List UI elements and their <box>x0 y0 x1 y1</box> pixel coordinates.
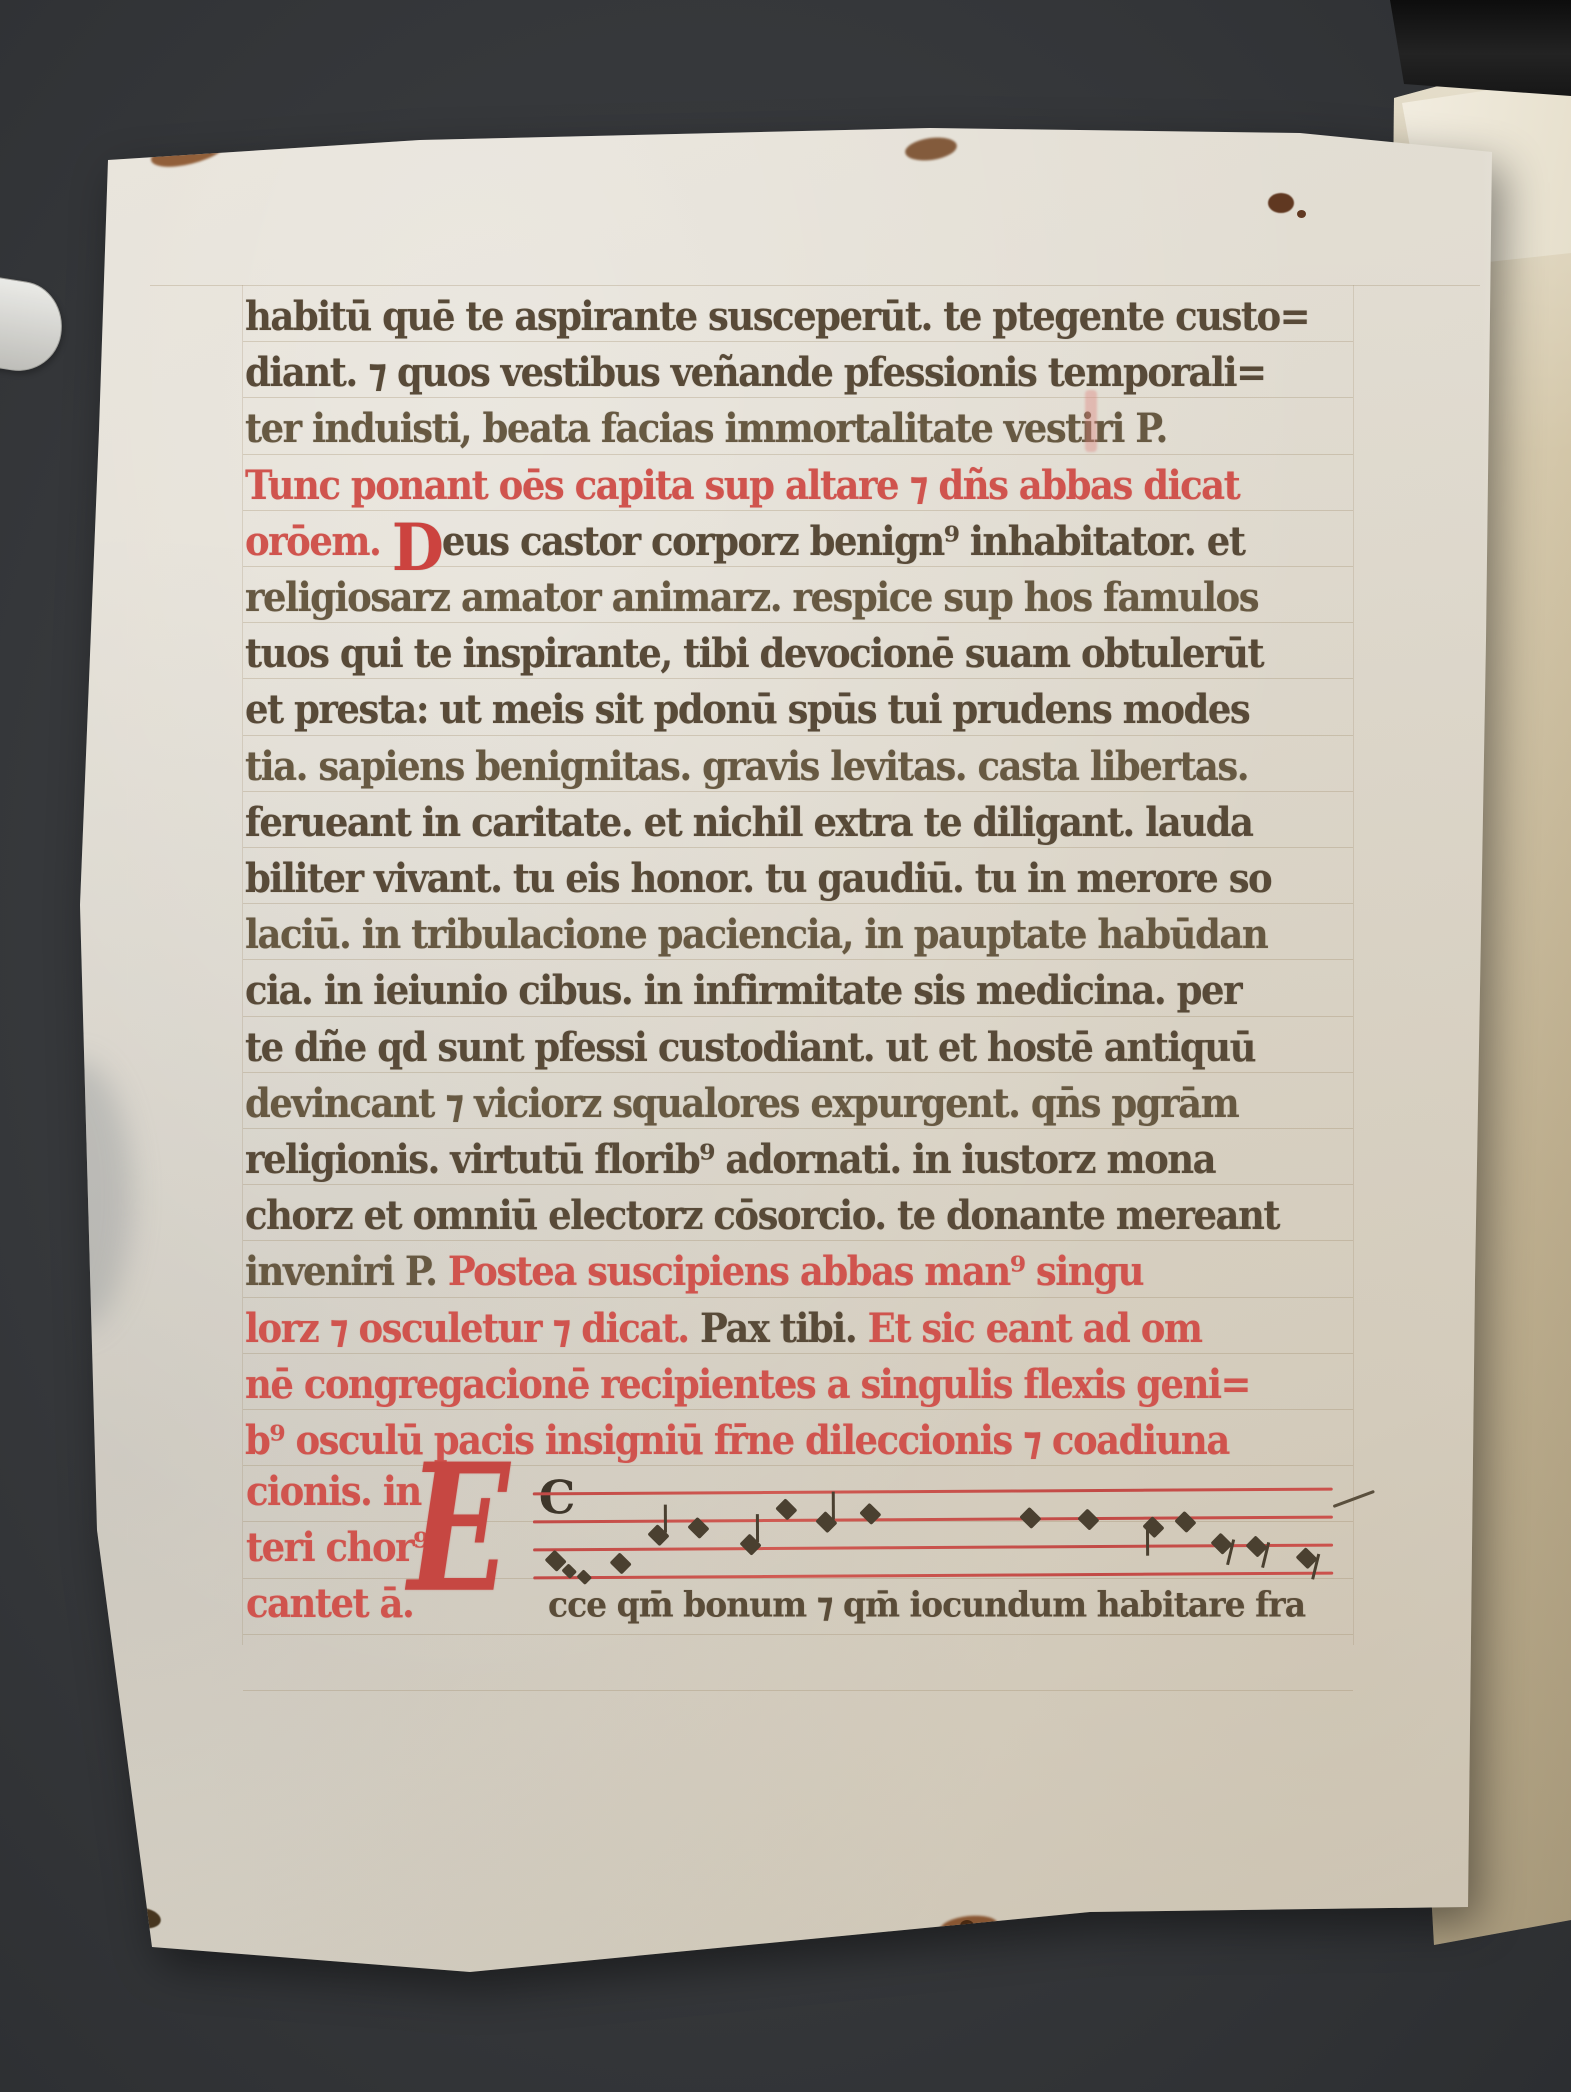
neume-virga <box>742 1536 759 1553</box>
manuscript-photo: habitū quē te aspirante susceperūt. te p… <box>0 0 1571 2092</box>
rubric-sidenote-line: teri chor⁹ <box>246 1523 428 1571</box>
margin-smudge <box>22 1060 132 1330</box>
neume-punctum <box>1177 1513 1194 1530</box>
ruled-line <box>243 791 1353 792</box>
text-segment: inveniri P. <box>245 1247 448 1295</box>
ruled-line <box>150 285 1480 286</box>
neume-virga-down <box>1145 1519 1162 1536</box>
manuscript-text-line: te dñe qd sunt pfessi custodiant. ut et … <box>245 1023 1255 1071</box>
neume-virga <box>818 1514 835 1531</box>
text-segment: nē congregacionē recipientes a singulis … <box>245 1360 1250 1408</box>
ruled-line <box>243 341 1353 342</box>
ruled-line-vertical <box>242 285 243 1645</box>
ruled-line <box>243 959 1353 960</box>
staff-line <box>533 1516 1333 1524</box>
neume-punctum-small <box>563 1565 575 1577</box>
manuscript-text-line: chorz et omniū electorz cōsorcio. te don… <box>245 1191 1279 1239</box>
text-segment: eus castor corporz benign⁹ inhabitator. … <box>442 517 1245 565</box>
ruled-line <box>243 903 1353 904</box>
neume-clivis <box>1298 1550 1315 1567</box>
manuscript-text-line: laciū. in tribulacione paciencia, in pau… <box>245 910 1267 958</box>
ruled-line <box>243 1634 1353 1635</box>
ruled-line <box>243 454 1353 455</box>
manuscript-text-line: et presta: ut meis sit pdonū spūs tui pr… <box>245 685 1249 733</box>
manuscript-text-line: tia. sapiens benignitas. gravis levitas.… <box>245 742 1248 790</box>
neume-punctum <box>1080 1511 1097 1528</box>
manuscript-text-line: Tunc ponant oēs capita sup altare ⁊ dñs … <box>245 461 1239 509</box>
manuscript-text-line: nē congregacionē recipientes a singulis … <box>245 1360 1250 1408</box>
ruled-line <box>243 1409 1353 1410</box>
neume-custos <box>1332 1497 1349 1514</box>
stain <box>939 1913 999 1941</box>
ruled-line <box>243 1016 1353 1017</box>
text-segment: religionis. virtutū florib⁹ adornati. in… <box>245 1135 1215 1183</box>
stain <box>960 1920 974 1932</box>
stain <box>904 134 959 163</box>
ruled-line <box>243 1297 1353 1298</box>
text-segment: diant. ⁊ quos vestibus veñande pfessioni… <box>245 348 1266 396</box>
text-segment: chorz et omniū electorz cōsorcio. te don… <box>245 1191 1279 1239</box>
music-staff: C <box>533 1488 1334 1578</box>
neume-punctum <box>690 1519 707 1536</box>
text-segment: habitū quē te aspirante susceperūt. te p… <box>245 292 1309 340</box>
stain <box>124 1905 163 1931</box>
neume-punctum <box>862 1505 879 1522</box>
c-clef: C <box>539 1470 576 1524</box>
text-segment: ter induisti, beata facias immortalitate… <box>245 404 1167 452</box>
text-segment: devincant ⁊ viciorz squalores expurgent.… <box>245 1079 1238 1127</box>
neume-punctum-small <box>578 1571 590 1583</box>
text-segment: Pax tibi. <box>700 1304 868 1352</box>
text-segment: tia. sapiens benignitas. gravis levitas.… <box>245 742 1248 790</box>
manuscript-text-line: orōem. Deus castor corporz benign⁹ inhab… <box>245 517 1244 565</box>
manuscript-text-line: ferueant in caritate. et nichil extra te… <box>245 798 1252 846</box>
manuscript-text-line: inveniri P. Postea suscipiens abbas man⁹… <box>245 1247 1143 1295</box>
text-segment: te dñe qd sunt pfessi custodiant. ut et … <box>245 1023 1255 1071</box>
ruled-line <box>243 622 1353 623</box>
neume-virga <box>650 1527 667 1544</box>
manuscript-page: habitū quē te aspirante susceperūt. te p… <box>0 0 1571 2092</box>
ruled-line <box>243 1184 1353 1185</box>
ruled-line <box>243 1072 1353 1073</box>
text-segment: biliter vivant. tu eis honor. tu gaudiū.… <box>245 854 1271 902</box>
chant-lyrics: cce qm̄ bonum ⁊ qm̄ iocundum habitare fr… <box>548 1584 1305 1625</box>
decorated-initial-E: E <box>408 1452 502 1618</box>
neume-punctum <box>1022 1509 1039 1526</box>
neume-punctum <box>547 1552 564 1569</box>
foliation-number: 2v <box>79 1945 142 2002</box>
red-offset-mark <box>1085 390 1097 452</box>
stain <box>1268 193 1294 213</box>
text-segment: laciū. in tribulacione paciencia, in pau… <box>245 910 1267 958</box>
manuscript-text-line: devincant ⁊ viciorz squalores expurgent.… <box>245 1079 1238 1127</box>
rubric-sidenote-line: cantet ā. <box>246 1579 413 1627</box>
ruled-line-vertical <box>1353 285 1354 1645</box>
ruled-line <box>243 397 1353 398</box>
text-segment: b⁹ osculū pacis insigniū fr̄ne dileccion… <box>245 1416 1229 1464</box>
text-segment: religiosarz amator animarz. respice sup … <box>245 573 1258 621</box>
text-segment: orōem. <box>245 517 392 565</box>
ruled-line <box>243 735 1353 736</box>
neume-punctum <box>778 1501 795 1518</box>
manuscript-text-line: religiosarz amator animarz. respice sup … <box>245 573 1258 621</box>
neume-punctum <box>612 1555 629 1572</box>
page-wrap: habitū quē te aspirante susceperūt. te p… <box>0 0 1571 2092</box>
staff-line <box>533 1488 1333 1496</box>
manuscript-text-line: diant. ⁊ quos vestibus veñande pfessioni… <box>245 348 1266 396</box>
manuscript-text-line: ter induisti, beata facias immortalitate… <box>245 404 1167 452</box>
manuscript-text-line: cia. in ieiunio cibus. in infirmitate si… <box>245 966 1241 1014</box>
manuscript-text-line: biliter vivant. tu eis honor. tu gaudiū.… <box>245 854 1271 902</box>
text-segment: tuos qui te inspirante, tibi devocionē s… <box>245 629 1263 677</box>
text-segment: Tunc ponant oēs capita sup altare ⁊ dñs … <box>245 461 1239 509</box>
ruled-line <box>243 1128 1353 1129</box>
manuscript-text-line: religionis. virtutū florib⁹ adornati. in… <box>245 1135 1215 1183</box>
text-segment: Postea suscipiens abbas man⁹ singu <box>448 1247 1143 1295</box>
neume-clivis <box>1213 1535 1230 1552</box>
ruled-line <box>243 1690 1353 1691</box>
manuscript-text-line: habitū quē te aspirante susceperūt. te p… <box>245 292 1309 340</box>
text-segment: ferueant in caritate. et nichil extra te… <box>245 798 1252 846</box>
ruled-line <box>243 678 1353 679</box>
ruled-line <box>243 847 1353 848</box>
text-segment: et presta: ut meis sit pdonū spūs tui pr… <box>245 685 1249 733</box>
ruled-line <box>243 1353 1353 1354</box>
stain <box>1297 210 1306 218</box>
stain <box>148 129 230 173</box>
manuscript-text-line: lorz ⁊ osculetur ⁊ dicat. Pax tibi. Et s… <box>245 1304 1202 1352</box>
text-segment: cia. in ieiunio cibus. in infirmitate si… <box>245 966 1241 1014</box>
neume-clivis <box>1248 1538 1265 1555</box>
manuscript-text-line: tuos qui te inspirante, tibi devocionē s… <box>245 629 1263 677</box>
text-segment: lorz ⁊ osculetur ⁊ dicat. <box>245 1304 700 1352</box>
rubric-sidenote-line: cionis. in <box>246 1467 421 1515</box>
text-segment: Et sic eant ad om <box>868 1304 1202 1352</box>
manuscript-text-line: b⁹ osculū pacis insigniū fr̄ne dileccion… <box>245 1416 1229 1464</box>
ruled-line <box>243 1240 1353 1241</box>
